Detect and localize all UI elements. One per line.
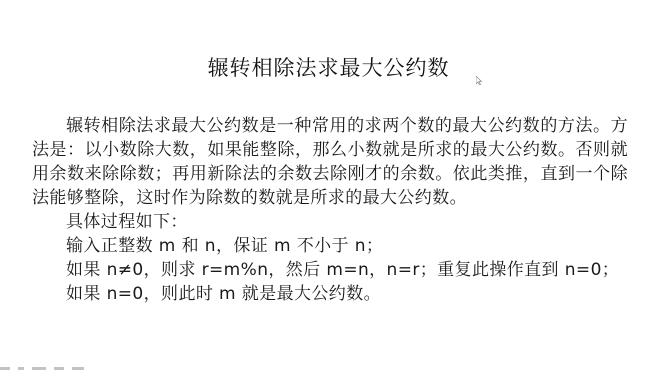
intro-paragraph: 辗转相除法求最大公约数是一种常用的求两个数的最大公约数的方法。方法是：以小数除大… bbox=[32, 114, 628, 210]
mouse-pointer-icon bbox=[476, 70, 482, 79]
document-slide: 辗转相除法求最大公约数 辗转相除法求最大公约数是一种常用的求两个数的最大公约数的… bbox=[0, 0, 657, 370]
process-heading: 具体过程如下： bbox=[32, 210, 628, 234]
step-3: 如果 n=0，则此时 m 就是最大公约数。 bbox=[32, 282, 628, 306]
step-1: 输入正整数 m 和 n，保证 m 不小于 n； bbox=[32, 234, 628, 258]
page-title: 辗转相除法求最大公约数 bbox=[0, 52, 657, 82]
step-2: 如果 n≠0，则求 r=m%n，然后 m=n，n=r；重复此操作直到 n=0； bbox=[32, 258, 628, 282]
document-body: 辗转相除法求最大公约数是一种常用的求两个数的最大公约数的方法。方法是：以小数除大… bbox=[32, 114, 628, 306]
